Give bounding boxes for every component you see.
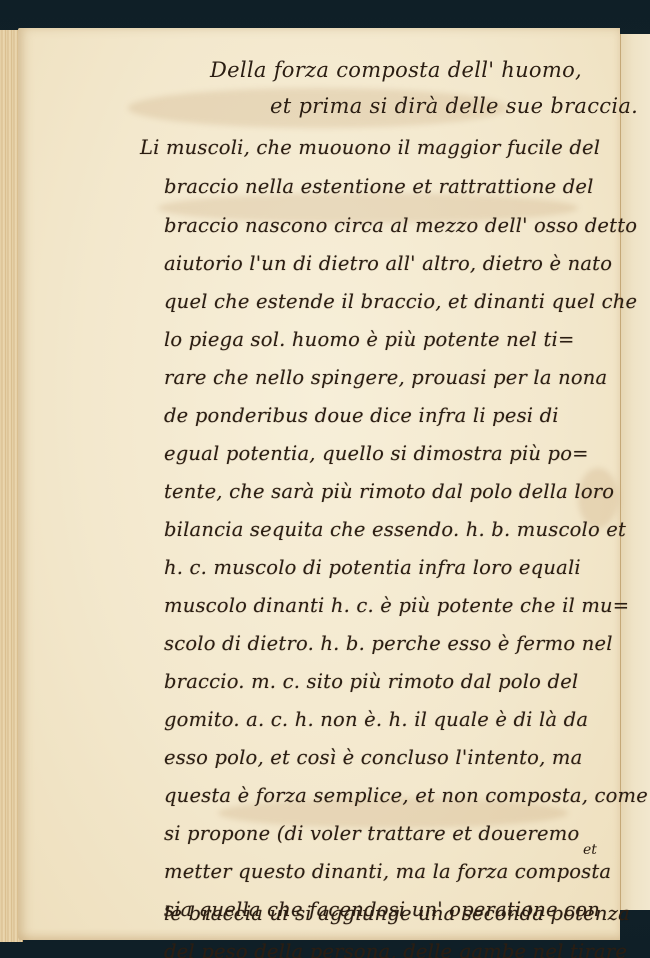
catchword: et xyxy=(583,842,597,858)
text-line: de ponderibus doue dice infra li pesi di xyxy=(164,404,559,427)
text-line: questa è forza semplice, et non composta… xyxy=(164,784,648,807)
text-line: gomito. a. c. h. non è. h. il quale è di… xyxy=(164,708,588,731)
text-line: rare che nello spingere, prouasi per la … xyxy=(164,366,607,389)
text-line: metter questo dinanti, ma la forza compo… xyxy=(164,860,611,883)
heading-line-2: et prima si dirà delle sue braccia. xyxy=(270,94,650,118)
text-line: esso polo, et così è concluso l'intento,… xyxy=(164,746,582,769)
text-line: si propone (di voler trattare et douerem… xyxy=(164,822,579,845)
text-line: tente, che sarà più rimoto dal polo dell… xyxy=(164,480,614,503)
text-line: aiutorio l'un di dietro all' altro, diet… xyxy=(164,252,612,275)
adjacent-page-edge xyxy=(620,34,650,910)
manuscript-page: Della forza composta dell' huomo, et pri… xyxy=(18,28,620,940)
text-line: lo piega sol. huomo è più potente nel ti… xyxy=(164,328,575,351)
text-line: braccio nella estentione et rattrattione… xyxy=(164,175,594,198)
text-line: le braccia ui si aggiunge una seconda po… xyxy=(164,902,630,925)
text-line: braccio nascono circa al mezzo dell' oss… xyxy=(164,214,637,237)
text-line: quel che estende il braccio, et dinanti … xyxy=(164,290,637,313)
heading-line-1: Della forza composta dell' huomo, xyxy=(210,58,650,82)
text-line: Li muscoli, che muouono il maggior fucil… xyxy=(140,136,600,159)
text-line: scolo di dietro. h. b. perche esso è fer… xyxy=(164,632,613,655)
text-line: muscolo dinanti h. c. è più potente che … xyxy=(164,594,629,617)
text-line: bilancia sequita che essendo. h. b. musc… xyxy=(164,518,626,541)
text-line: h. c. muscolo di potentia infra loro equ… xyxy=(164,556,581,579)
text-line: egual potentia, quello si dimostra più p… xyxy=(164,442,589,465)
text-line: del peso della persona, delle gambe nel … xyxy=(164,940,627,958)
text-line: braccio. m. c. sito più rimoto dal polo … xyxy=(164,670,578,693)
